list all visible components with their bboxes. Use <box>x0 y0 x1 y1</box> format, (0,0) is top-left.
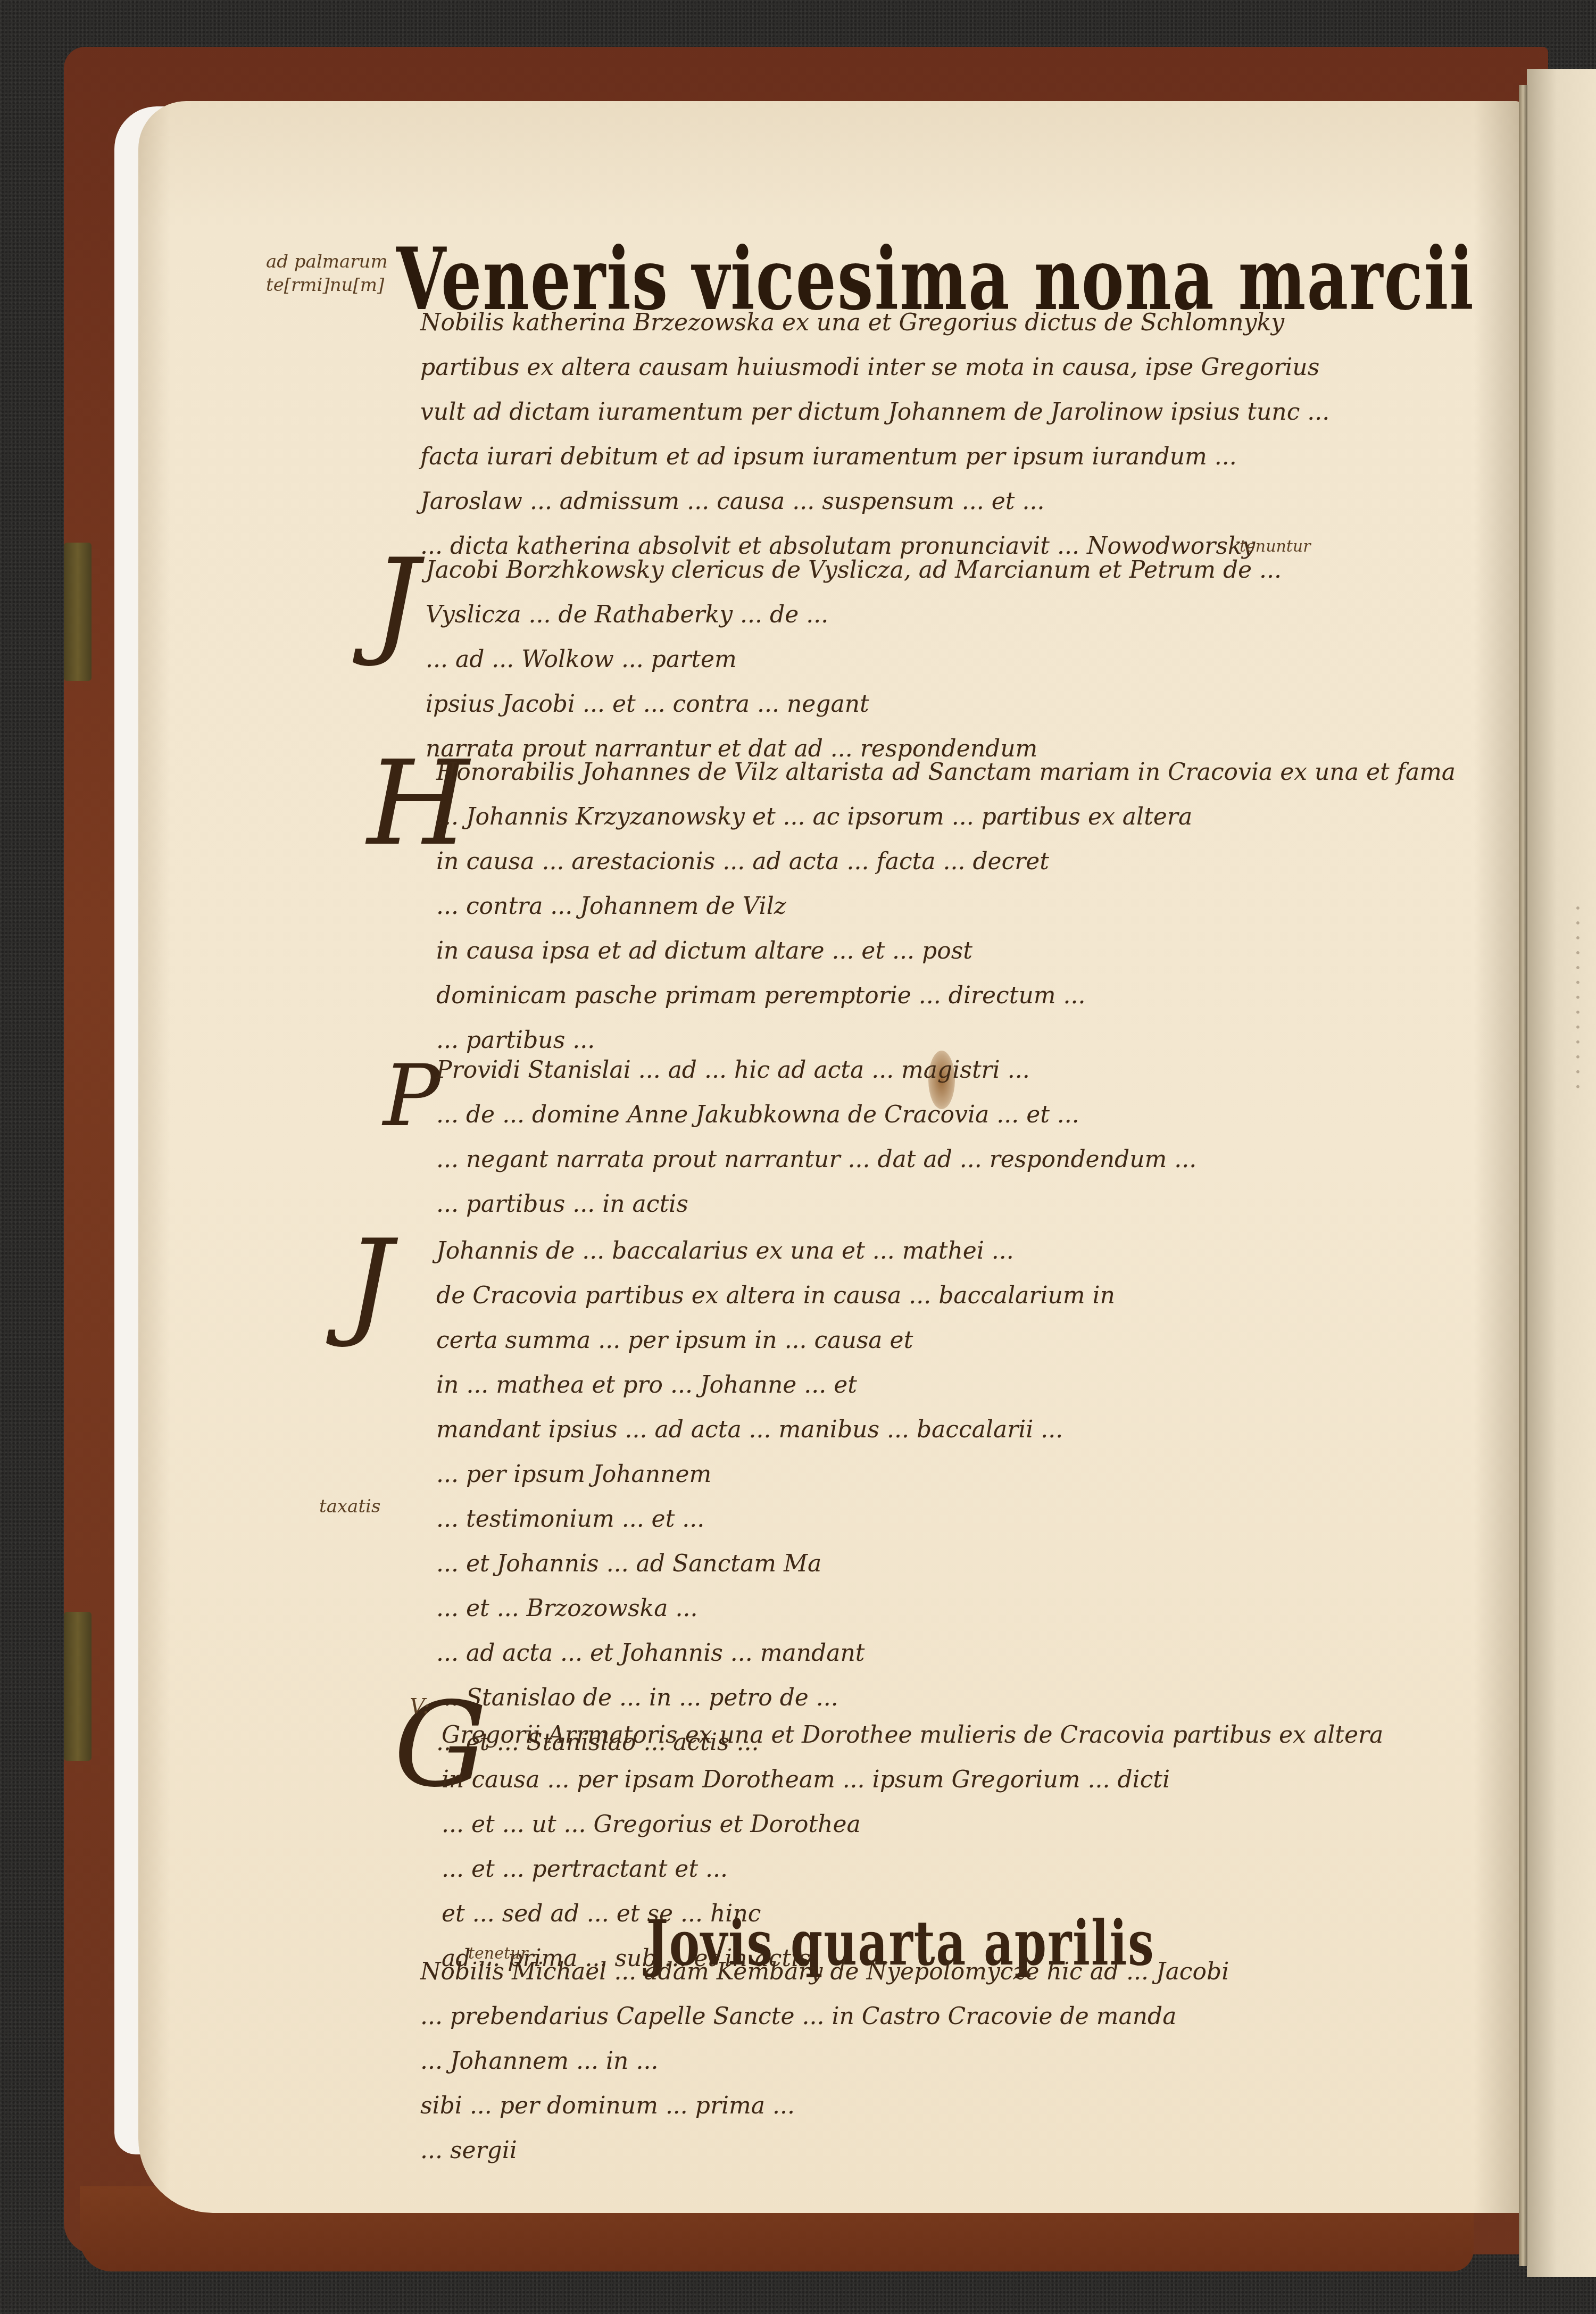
entry-line: ... et ... pertractant et ... <box>442 1847 1383 1892</box>
entry-line: Johannis de ... baccalarius ex una et ..… <box>436 1229 1115 1273</box>
clasp-upper <box>64 543 92 681</box>
entry-line: ... per ipsum Johannem <box>436 1452 1115 1497</box>
entry-line: ... prebendarius Capelle Sancte ... in C… <box>420 1994 1229 2039</box>
margin-note-top-left: ad palmarum te[rmi]nu[m] <box>266 250 388 297</box>
entry-line: ... ad acta ... et Johannis ... mandant <box>436 1631 1115 1676</box>
entry-line: dominicam pasche primam peremptorie ... … <box>436 973 1456 1018</box>
entry-line: mandant ipsius ... ad acta ... manibus .… <box>436 1408 1115 1452</box>
entry-line: ... et Johannis ... ad Sanctam Ma <box>436 1542 1115 1586</box>
margin-note-line: te[rmi]nu[m] <box>266 273 388 297</box>
entry-2: Jacobi Borzhkowsky clericus de Vyslicza,… <box>426 548 1282 771</box>
entry-line: facta iurari debitum et ad ipsum iuramen… <box>420 435 1329 479</box>
entry-line: partibus ex altera causam huiusmodi inte… <box>420 345 1329 390</box>
entry-line: certa summa ... per ipsum in ... causa e… <box>436 1318 1115 1363</box>
entry-line: in ... mathea et pro ... Johanne ... et <box>436 1363 1115 1408</box>
entry-line: ... Johannis Krzyzanowsky et ... ac ipso… <box>436 795 1456 839</box>
drop-initial: J <box>372 543 419 660</box>
entry-line: ... negant narrata prout narrantur ... d… <box>436 1137 1196 1182</box>
entry-line: ... testimonium ... et ... <box>436 1497 1115 1542</box>
facing-page-bleed-text: · · · · · · · · · · · · · <box>1575 904 1591 2021</box>
entry-line: ... ad ... Wolkow ... partem <box>426 637 1282 682</box>
entry-5: Johannis de ... baccalarius ex una et ..… <box>436 1229 1115 1765</box>
entry-line: ... sergii <box>420 2128 1229 2173</box>
drop-initial: J <box>346 1223 393 1341</box>
entry-line: de Cracovia partibus ex altera in causa … <box>436 1273 1115 1318</box>
entry-line: Vyslicza ... de Rathaberky ... de ... <box>426 593 1282 637</box>
entry-line: Providi Stanislai ... ad ... hic ad acta… <box>436 1048 1196 1093</box>
entry-line: in causa ... per ipsam Dorotheam ... ips… <box>442 1758 1383 1802</box>
entry-line: ... contra ... Johannem de Vilz <box>436 884 1456 929</box>
margin-note-middle-left: taxatis <box>319 1495 380 1518</box>
drop-initial: P <box>383 1037 440 1154</box>
entry-7: Nobilis Michael ... adam Kembary de Nyep… <box>420 1950 1229 2173</box>
entry-1: Nobilis katherina Brzezowska ex una et G… <box>420 301 1329 569</box>
entry-3: Honorabilis Johannes de Vilz altarista a… <box>436 750 1456 1063</box>
entry-line: in causa ipsa et ad dictum altare ... et… <box>436 929 1456 973</box>
entry-line: ... et ... Brzozowska ... <box>436 1586 1115 1631</box>
margin-note-line: ad palmarum <box>266 250 388 273</box>
entry-4: Providi Stanislai ... ad ... hic ad acta… <box>436 1048 1196 1227</box>
entry-line: ipsius Jacobi ... et ... contra ... nega… <box>426 682 1282 727</box>
entry-line: ... et ... ut ... Gregorius et Dorothea <box>442 1802 1383 1847</box>
entry-line: Jacobi Borzhkowsky clericus de Vyslicza,… <box>426 548 1282 593</box>
entry-line: Gregorii Arrmatoris ex una et Dorothee m… <box>442 1713 1383 1758</box>
page-gutter <box>1519 85 1527 2266</box>
entry-line: vult ad dictam iuramentum per dictum Joh… <box>420 390 1329 435</box>
entry-line: ... Johannem ... in ... <box>420 2039 1229 2084</box>
entry-line: Jaroslaw ... admissum ... causa ... susp… <box>420 479 1329 524</box>
entry-line: Nobilis Michael ... adam Kembary de Nyep… <box>420 1950 1229 1994</box>
interlinear-note: V: <box>410 1694 430 1719</box>
entry-line: ... de ... domine Anne Jakubkowna de Cra… <box>436 1093 1196 1137</box>
entry-line: Nobilis katherina Brzezowska ex una et G… <box>420 301 1329 345</box>
entry-line: Honorabilis Johannes de Vilz altarista a… <box>436 750 1456 795</box>
entry-line: in causa ... arestacionis ... ad acta ..… <box>436 839 1456 884</box>
entry-line: ... partibus ... in actis <box>436 1182 1196 1227</box>
entry-line: sibi ... per dominum ... prima ... <box>420 2084 1229 2128</box>
clasp-lower <box>64 1612 92 1761</box>
